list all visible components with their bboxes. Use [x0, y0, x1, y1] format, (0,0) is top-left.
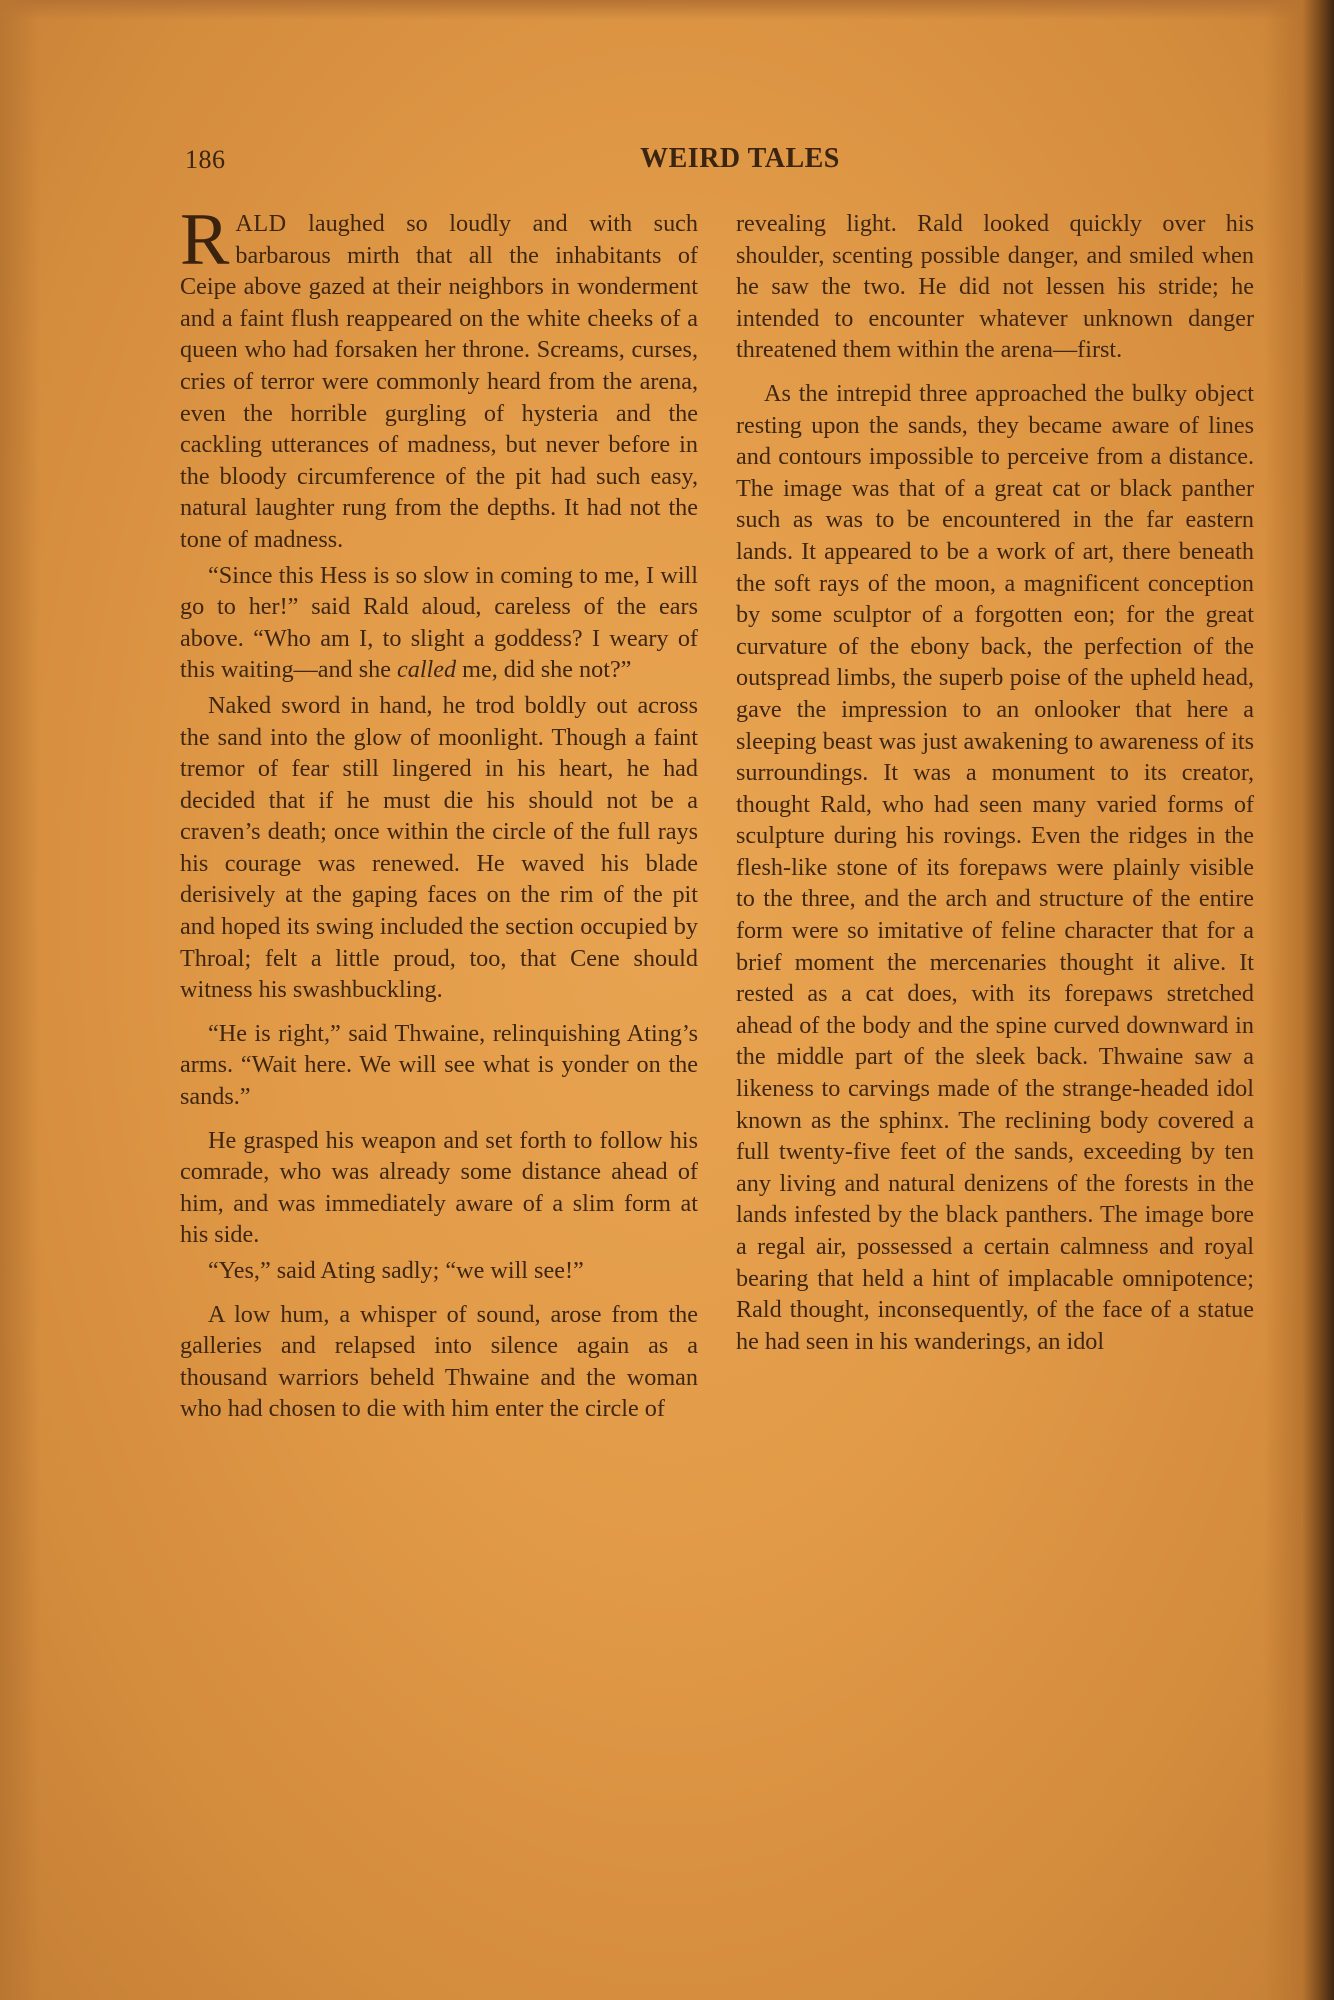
page-edge-binding-right — [1264, 0, 1334, 2000]
paragraph-text: laughed so loudly and with such barbarou… — [180, 210, 698, 553]
paragraph: “He is right,” said Thwaine, relin­quish… — [180, 1018, 698, 1113]
running-title: WEIRD TALES — [185, 143, 1295, 175]
page-edge-shadow-top — [0, 0, 1334, 20]
emphasis-text: called — [397, 656, 456, 683]
right-column: revealing light. Rald looked quickly ove… — [736, 208, 1254, 1361]
drop-cap: R — [180, 212, 229, 268]
small-caps-lead: ALD — [235, 210, 286, 237]
running-header: 186 WEIRD TALES — [185, 145, 1295, 185]
paragraph: “Since this Hess is so slow in coming to… — [180, 560, 698, 686]
paragraph: He grasped his weapon and set forth to f… — [180, 1125, 698, 1251]
paragraph: As the intrepid three approached the bul… — [736, 378, 1254, 1357]
paragraph-opening: RALD laughed so loudly and with such bar… — [180, 208, 698, 556]
paragraph-text: me, did she not?” — [456, 656, 631, 683]
paragraph: A low hum, a whisper of sound, arose fro… — [180, 1299, 698, 1425]
magazine-page: 186 WEIRD TALES RALD laughed so loudly a… — [0, 0, 1334, 2000]
paragraph: “Yes,” said Ating sadly; “we will see!” — [180, 1255, 698, 1287]
paragraph-continued: revealing light. Rald looked quickly ove… — [736, 208, 1254, 366]
left-column: RALD laughed so loudly and with such bar… — [180, 208, 698, 1429]
paragraph: Naked sword in hand, he trod boldly out … — [180, 690, 698, 1006]
page-edge-shadow-left — [0, 0, 40, 2000]
